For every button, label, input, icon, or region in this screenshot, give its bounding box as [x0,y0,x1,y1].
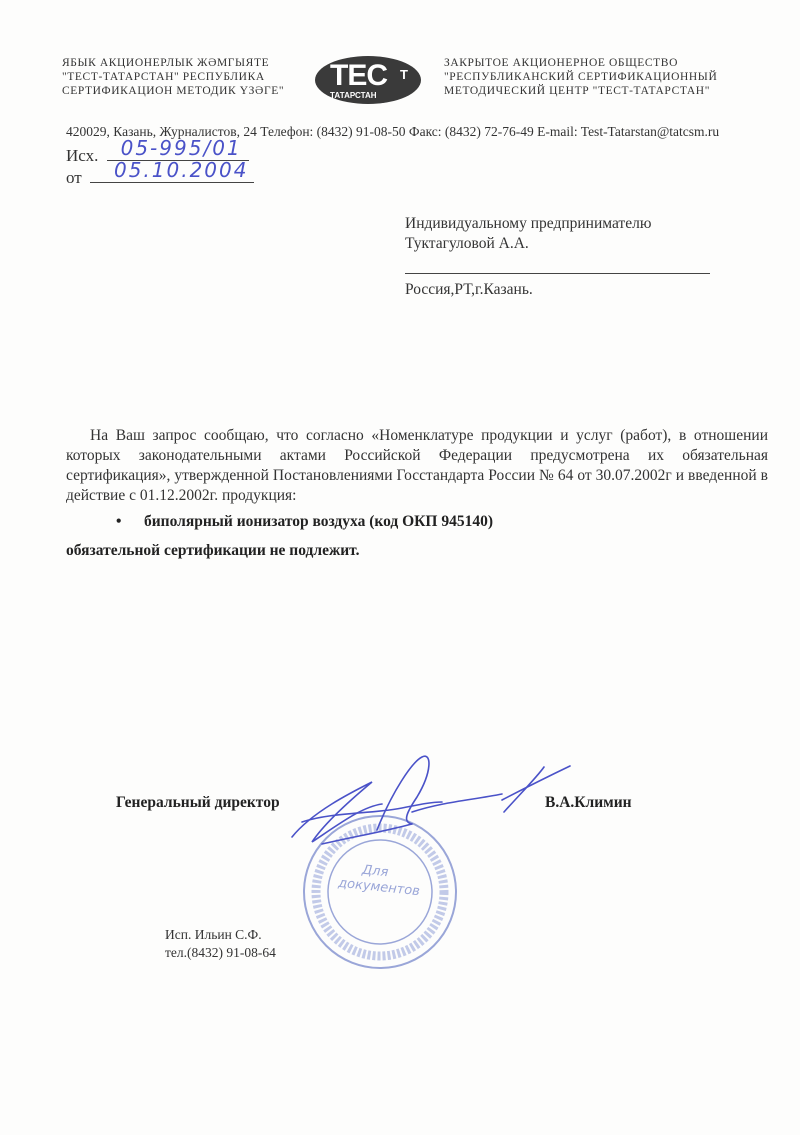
executor-name: Исп. Ильин С.Ф. [165,926,276,944]
date-label: от [66,168,82,187]
letterhead-right-line-3: МЕТОДИЧЕСКИЙ ЦЕНТР "ТЕСТ-ТАТАРСТАН" [444,84,717,98]
logo-main-text: ТЕС [330,59,387,93]
addressee-title: Индивидуальному предпринимателю [405,214,710,234]
letterhead-left-line-1: ЯБЫК АКЦИОНЕРЛЫК ЖӘМГЫЯТЕ [62,56,284,70]
addressee-divider [405,272,710,274]
executor-block: Исп. Ильин С.Ф. тел.(8432) 91-08-64 [165,926,276,962]
date-line: 05.10.2004 [90,166,254,183]
logo-subtext: ТАТАРСТАН [330,91,377,100]
date-row: от 05.10.2004 [66,166,254,188]
letterhead-left-line-3: СЕРТИФИКАЦИОН МЕТОДИК ҮЗӘГЕ" [62,84,284,98]
logo-superscript: Т [400,67,408,82]
outgoing-label: Исх. [66,146,98,165]
addressee-block: Индивидуальному предпринимателю Туктагул… [405,214,710,300]
date-handwritten: 05.10.2004 [114,158,249,182]
executor-phone: тел.(8432) 91-08-64 [165,944,276,962]
signer-title: Генеральный директор [116,794,280,812]
company-logo: ТЕС Т ТАТАРСТАН [314,55,422,105]
handwritten-signature [282,752,572,852]
letterhead-right-line-2: "РЕСПУБЛИКАНСКИЙ СЕРТИФИКАЦИОННЫЙ [444,70,717,84]
letter-body: На Ваш запрос сообщаю, что согласно «Ном… [66,426,768,506]
body-paragraph: На Ваш запрос сообщаю, что согласно «Ном… [66,426,768,506]
addressee-location: Россия,РТ,г.Казань. [405,280,710,300]
product-list-item: •биполярный ионизатор воздуха (код ОКП 9… [116,513,493,531]
addressee-name: Туктагуловой А.А. [405,234,710,254]
letterhead-tatar: ЯБЫК АКЦИОНЕРЛЫК ЖӘМГЫЯТЕ "ТЕСТ-ТАТАРСТА… [62,56,284,98]
product-name: биполярный ионизатор воздуха (код ОКП 94… [144,513,493,530]
letterhead-right-line-1: ЗАКРЫТОЕ АКЦИОНЕРНОЕ ОБЩЕСТВО [444,56,717,70]
conclusion-text: обязательной сертификации не подлежит. [66,542,359,560]
letterhead-left-line-2: "ТЕСТ-ТАТАРСТАН" РЕСПУБЛИКА [62,70,284,84]
letterhead-russian: ЗАКРЫТОЕ АКЦИОНЕРНОЕ ОБЩЕСТВО "РЕСПУБЛИК… [444,56,717,98]
outgoing-number-handwritten: 05-995/01 [121,136,242,160]
bullet-icon: • [116,513,144,531]
